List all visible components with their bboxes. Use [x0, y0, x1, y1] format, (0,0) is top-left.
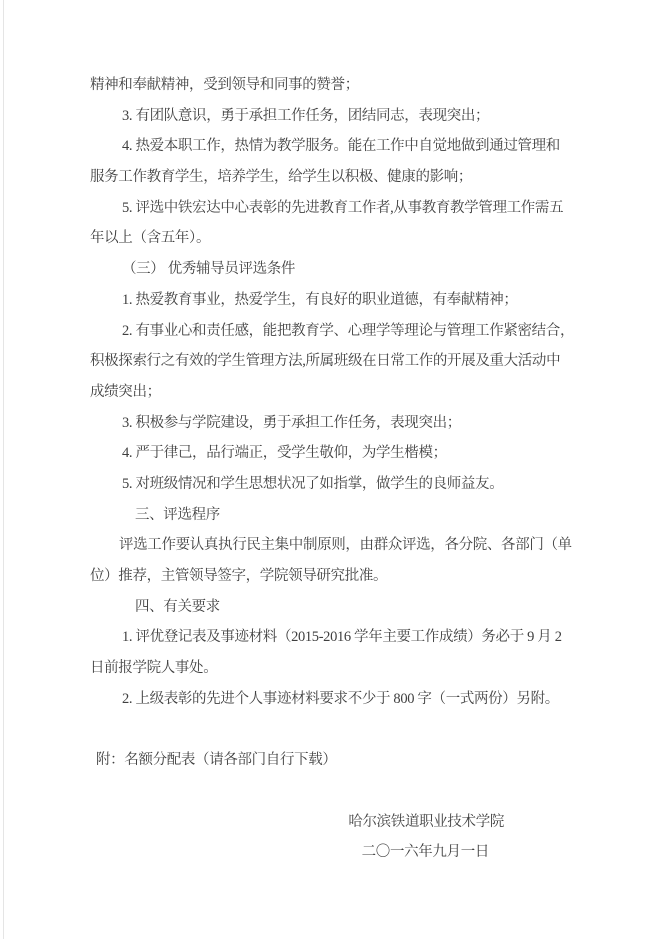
body-line: 位）推荐，主管领导签字，学院领导研究批准。 — [90, 561, 574, 592]
sub-section-heading: （三） 优秀辅导员评选条件 — [90, 254, 574, 285]
attachment-note: 附：名额分配表（请各部门自行下载） — [90, 745, 574, 776]
section-heading: 三、评选程序 — [90, 500, 574, 531]
scanned-document-page: 精神和奉献精神，受到领导和同事的赞誉； 3. 有团队意识，勇于承担工作任务，团结… — [0, 0, 665, 939]
document-body: 精神和奉献精神，受到领导和同事的赞誉； 3. 有团队意识，勇于承担工作任务，团结… — [90, 70, 574, 868]
signature-date: 二〇一六年九月一日 — [90, 837, 574, 868]
body-line: 积极探索行之有效的学生管理方法,所属班级在日常工作的开展及重大活动中 — [90, 346, 574, 377]
body-line: 日前报学院人事处。 — [90, 653, 574, 684]
body-line: 评选工作要认真执行民主集中制原则，由群众评选，各分院、各部门（单 — [90, 530, 574, 561]
scan-edge-artifact — [3, 0, 4, 939]
list-item: 1. 热爱教育事业，热爱学生，有良好的职业道德，有奉献精神； — [90, 285, 574, 316]
list-item: 1. 评优登记表及事迹材料（2015-2016 学年主要工作成绩）务必于 9 月… — [90, 622, 574, 653]
section-heading: 四、有关要求 — [90, 592, 574, 623]
body-line: 成绩突出； — [90, 377, 574, 408]
list-item: 5. 评选中铁宏达中心表彰的先进教育工作者,从事教育教学管理工作需五 — [90, 193, 574, 224]
list-item: 2. 有事业心和责任感，能把教育学、心理学等理论与管理工作紧密结合， — [90, 316, 574, 347]
list-item: 4. 热爱本职工作，热情为教学服务。能在工作中自觉地做到通过管理和 — [90, 131, 574, 162]
list-item: 3. 积极参与学院建设，勇于承担工作任务，表现突出； — [90, 408, 574, 439]
signature-organization: 哈尔滨铁道职业技术学院 — [90, 807, 574, 838]
body-line: 服务工作教育学生，培养学生，给学生以积极、健康的影响； — [90, 162, 574, 193]
list-item: 4. 严于律己，品行端正，受学生敬仰，为学生楷模； — [90, 438, 574, 469]
blank-line — [90, 714, 574, 745]
body-line: 精神和奉献精神，受到领导和同事的赞誉； — [90, 70, 574, 101]
list-item: 5. 对班级情况和学生思想状况了如指掌，做学生的良师益友。 — [90, 469, 574, 500]
list-item: 2. 上级表彰的先进个人事迹材料要求不少于 800 字（一式两份）另附。 — [90, 684, 574, 715]
body-line: 年以上（含五年）。 — [90, 223, 574, 254]
list-item: 3. 有团队意识，勇于承担工作任务，团结同志，表现突出； — [90, 101, 574, 132]
blank-line — [90, 776, 574, 807]
